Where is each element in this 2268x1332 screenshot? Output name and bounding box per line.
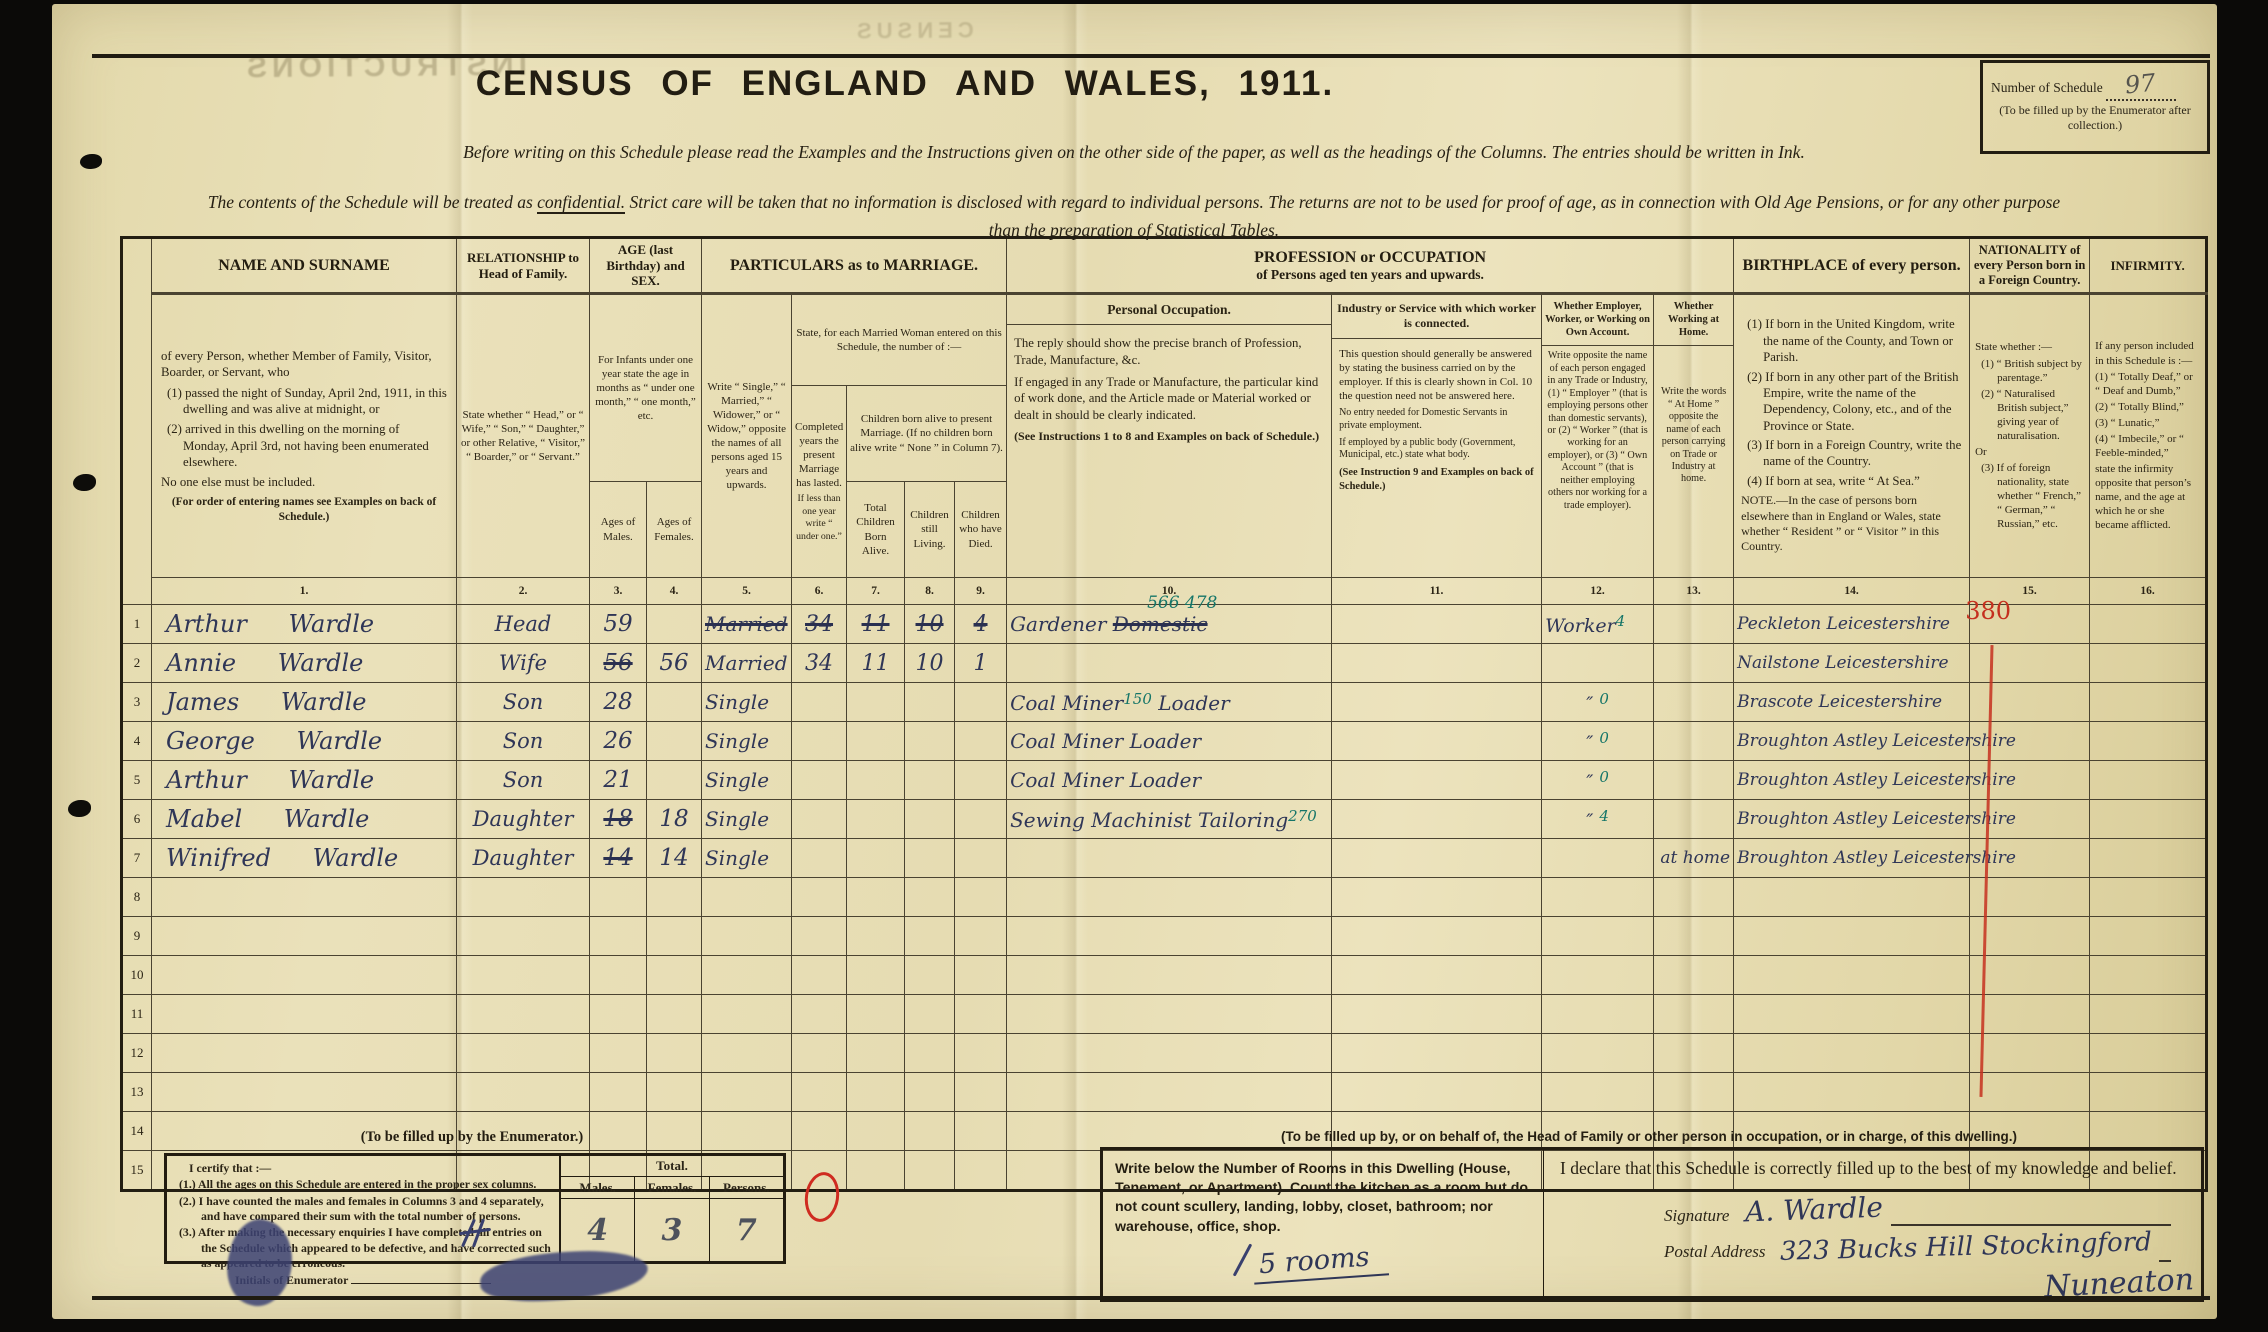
- ages-males-head: Ages of Males.: [590, 482, 647, 578]
- still-living-head: Children still Living.: [905, 482, 955, 578]
- occupation-entry: Gardener Domestic 566 478: [1007, 605, 1332, 644]
- age-male-entry: 26: [590, 722, 647, 761]
- relationship-entry: Daughter: [457, 839, 590, 878]
- age-female-entry: 56: [647, 644, 702, 683]
- employer-entry: ″ 0: [1542, 683, 1654, 722]
- females-total-value: 3: [634, 1199, 708, 1261]
- occ-p1: The reply should show the precise branch…: [1014, 335, 1324, 368]
- employer-code-annotation: 0: [1599, 729, 1609, 747]
- birthplace-code-annotation: 380: [1965, 597, 2011, 625]
- declaration-text: I declare that this Schedule is correctl…: [1544, 1150, 2201, 1179]
- name-desc-4: (For order of entering names see Example…: [161, 495, 447, 524]
- employer-code-annotation: 0: [1599, 768, 1609, 786]
- birthplace-entry: Nailstone Leicestershire: [1734, 644, 1970, 683]
- marital-status-entry: Single: [702, 839, 792, 878]
- employer-code-annotation: 4: [1599, 807, 1609, 825]
- colnum-5: 5.: [702, 578, 792, 605]
- birthplace-entry: Broughton Astley Leicestershire: [1734, 761, 1970, 800]
- children-born-entry: 11: [862, 612, 890, 637]
- completed-years-note: If less than one year write “ under one.…: [795, 493, 843, 543]
- years-married-entry: 34: [805, 612, 833, 637]
- col-head-age: AGE (last Birthday) and SEX.: [590, 238, 702, 294]
- row-number: 2: [122, 644, 152, 683]
- row-number: 3: [122, 683, 152, 722]
- inf-p3: (2) “ Totally Blind,”: [2095, 400, 2200, 414]
- occupation-entry: Coal Miner Loader: [1007, 722, 1332, 761]
- have-died-head: Children who have Died.: [955, 482, 1007, 578]
- postal-address-value: 323 Bucks Hill Stockingford: [1779, 1227, 2152, 1267]
- row-number: 4: [122, 722, 152, 761]
- empty-row: 12: [122, 1034, 2207, 1073]
- row-number: 14: [122, 1112, 152, 1151]
- enumerator-certification: I certify that :— (1.) All the ages on t…: [167, 1156, 559, 1261]
- name-column-description: of every Person, whether Member of Famil…: [152, 294, 457, 578]
- row-number: 15: [122, 1151, 152, 1191]
- total-born-head: Total Children Born Alive.: [847, 482, 905, 578]
- ind-p3: If employed by a public body (Government…: [1339, 437, 1534, 463]
- birthplace-entry: Broughton Astley Leicestershire: [1734, 800, 1970, 839]
- relationship-entry: Son: [457, 761, 590, 800]
- colnum-3: 3.: [590, 578, 647, 605]
- children-died-entry: 1: [955, 644, 1007, 683]
- top-rule: [92, 54, 2210, 58]
- declaration-section: I declare that this Schedule is correctl…: [1544, 1150, 2201, 1299]
- confidential-underlined: confidential.: [537, 192, 625, 214]
- employer-code-annotation: 0: [1599, 690, 1609, 708]
- signature-value: A. Wardle: [1745, 1191, 1884, 1229]
- colnum-14: 14.: [1734, 578, 1970, 605]
- empty-row: 8: [122, 878, 2207, 917]
- col-head-name: NAME AND SURNAME: [152, 238, 457, 294]
- profession-title: PROFESSION or OCCUPATION: [1010, 248, 1730, 267]
- completed-years-text: Completed years the present Marriage has…: [795, 420, 843, 490]
- confidential-text-a: The contents of the Schedule will be tre…: [208, 192, 537, 212]
- name-entry: Mabel Wardle: [152, 800, 457, 839]
- marital-status-entry: Single: [702, 800, 792, 839]
- age-male-entry: 21: [590, 761, 647, 800]
- colnum-7: 7.: [847, 578, 905, 605]
- certify-intro: I certify that :—: [175, 1161, 551, 1176]
- row-number: 9: [122, 917, 152, 956]
- occ-p3: (See Instructions 1 to 8 and Examples on…: [1014, 429, 1324, 444]
- marital-status-entry: Single: [702, 722, 792, 761]
- females-label: Females.: [634, 1177, 708, 1199]
- age-male-struck: 56: [603, 650, 632, 676]
- children-born-head: Children born alive to present Marriage.…: [847, 386, 1007, 482]
- males-label: Males.: [561, 1177, 634, 1199]
- name-desc-1: (1) passed the night of Sunday, April 2n…: [161, 385, 447, 418]
- col-head-nationality: NATIONALITY of every Person born in a Fo…: [1970, 238, 2090, 294]
- age-female-entry: 14: [647, 839, 702, 878]
- signature-label: Signature: [1664, 1206, 1729, 1226]
- persons-total-value: 7: [709, 1199, 783, 1261]
- row-number-column-head: [122, 238, 152, 605]
- birthplace-entry: Broughton Astley Leicestershire: [1734, 839, 1970, 878]
- nat-p1: State whether :—: [1975, 340, 2084, 354]
- occupation-code-annotation: 566 478: [1147, 593, 1217, 613]
- bp-note: NOTE.—In the case of persons born elsewh…: [1741, 493, 1962, 554]
- marital-status-entry: Married: [702, 644, 792, 683]
- bottom-rule: [92, 1296, 2210, 1300]
- age-description: For Infants under one year state the age…: [590, 294, 702, 482]
- empty-row: 9: [122, 917, 2207, 956]
- name-entry: James Wardle: [152, 683, 457, 722]
- name-entry: Arthur Wardle: [152, 761, 457, 800]
- empty-row: 13: [122, 1073, 2207, 1112]
- person-row-5: 5 Arthur Wardle Son 21 Single Coal Miner…: [122, 761, 2207, 800]
- bp-p1: (1) If born in the United Kingdom, write…: [1741, 316, 1962, 365]
- dwelling-box: Write below the Number of Rooms in this …: [1100, 1147, 2204, 1302]
- rooms-section: Write below the Number of Rooms in this …: [1103, 1150, 1544, 1299]
- employer-code-annotation: 4: [1616, 612, 1626, 630]
- ind-p2: No entry needed for Domestic Servants in…: [1339, 407, 1534, 433]
- colnum-13: 13.: [1654, 578, 1734, 605]
- at-home-entry: at home: [1654, 839, 1734, 878]
- occupation-entry: Sewing Machinist Tailoring270: [1007, 800, 1332, 839]
- employer-entry: ″ 0: [1542, 722, 1654, 761]
- birthplace-description: (1) If born in the United Kingdom, write…: [1734, 294, 1970, 578]
- row-number: 13: [122, 1073, 152, 1112]
- personal-occupation-head: Personal Occupation.: [1007, 295, 1331, 325]
- census-schedule-paper: INSTRUCTIONS CENSUS CENSUS OF ENGLAND AN…: [52, 4, 2217, 1319]
- relationship-description: State whether “ Head,” or “ Wife,” “ Son…: [457, 294, 590, 578]
- colnum-4: 4.: [647, 578, 702, 605]
- occupation-code-annotation: 150: [1123, 690, 1152, 708]
- nationality-description: State whether :— (1) “ British subject b…: [1970, 294, 2090, 578]
- inf-p2: (1) “ Totally Deaf,” or “ Deaf and Dumb,…: [2095, 370, 2200, 398]
- row-number: 8: [122, 878, 152, 917]
- punch-hole: [68, 800, 91, 817]
- person-row-7: 7 Winifred Wardle Daughter 14 14 Single …: [122, 839, 2207, 878]
- person-row-4: 4 George Wardle Son 26 Single Coal Miner…: [122, 722, 2207, 761]
- birthplace-entry: Brascote Leicestershire: [1734, 683, 1970, 722]
- col-head-relationship: RELATIONSHIP to Head of Family.: [457, 238, 590, 294]
- employer-entry: Worker4: [1542, 605, 1654, 644]
- age-female-entry: 18: [647, 800, 702, 839]
- rooms-instruction: Write below the Number of Rooms in this …: [1103, 1150, 1543, 1247]
- at-home-cell: Whether Working at Home. Write the words…: [1654, 294, 1734, 578]
- marital-status-entry: Single: [702, 683, 792, 722]
- nat-p4: Or: [1975, 445, 2084, 459]
- schedule-number-label: Number of Schedule: [1991, 80, 2103, 95]
- colnum-12: 12.: [1542, 578, 1654, 605]
- profession-subtitle: of Persons aged ten years and upwards.: [1010, 267, 1730, 283]
- children-died-entry: 4: [974, 612, 988, 637]
- completed-years-head: Completed years the present Marriage has…: [792, 386, 847, 578]
- row-number: 10: [122, 956, 152, 995]
- ind-p4: (See Instruction 9 and Examples on back …: [1339, 466, 1534, 493]
- bp-p4: (4) If born at sea, write “ At Sea.”: [1741, 473, 1962, 489]
- employer-cell: Whether Employer, Worker, or Working on …: [1542, 294, 1654, 578]
- colnum-9: 9.: [955, 578, 1007, 605]
- col-head-infirmity: INFIRMITY.: [2090, 238, 2207, 294]
- relationship-entry: Son: [457, 683, 590, 722]
- row-number: 11: [122, 995, 152, 1034]
- children-living-entry: 10: [916, 612, 944, 637]
- ghost-text: CENSUS: [852, 17, 974, 44]
- empty-row: 10: [122, 956, 2207, 995]
- employer-entry: ″ 4: [1542, 800, 1654, 839]
- nat-p3: (2) “ Naturalised British subject,” givi…: [1975, 387, 2084, 443]
- colnum-16: 16.: [2090, 578, 2207, 605]
- occupation-entry: Coal Miner150 Loader: [1007, 683, 1332, 722]
- page-title: CENSUS OF ENGLAND AND WALES, 1911.: [405, 64, 1405, 104]
- name-desc-2: (2) arrived in this dwelling on the morn…: [161, 421, 447, 470]
- nat-p2: (1) “ British subject by parentage.”: [1975, 357, 2084, 385]
- colnum-6: 6.: [792, 578, 847, 605]
- row-number: 12: [122, 1034, 152, 1073]
- ind-p1: This question should generally be answer…: [1339, 347, 1534, 403]
- personal-occupation-cell: Personal Occupation. The reply should sh…: [1007, 294, 1332, 578]
- industry-cell: Industry or Service with which worker is…: [1332, 294, 1542, 578]
- col-head-birthplace: BIRTHPLACE of every person.: [1734, 238, 1970, 294]
- schedule-number-note: (To be filled up by the Enumerator after…: [1991, 103, 2199, 133]
- age-male-entry: 59: [590, 605, 647, 644]
- schedule-number-box: Number of Schedule 97 (To be filled up b…: [1980, 60, 2210, 154]
- punch-hole: [73, 474, 96, 491]
- marital-status-entry: Married: [705, 612, 788, 636]
- col-head-marriage: PARTICULARS as to MARRIAGE.: [702, 238, 1007, 294]
- age-male-struck: 18: [603, 806, 632, 832]
- empty-row: 11: [122, 995, 2207, 1034]
- head-of-family-caption: (To be filled up by, or on behalf of, th…: [1100, 1129, 2198, 1144]
- occ-p2: If engaged in any Trade or Manufacture, …: [1014, 374, 1324, 423]
- at-home-head: Whether Working at Home.: [1654, 295, 1733, 346]
- name-entry: George Wardle: [152, 722, 457, 761]
- employer-description: Write opposite the name of each person e…: [1542, 346, 1653, 516]
- census-table: NAME AND SURNAME RELATIONSHIP to Head of…: [120, 236, 2208, 1192]
- occupation-code-annotation: 270: [1288, 807, 1317, 825]
- inf-p6: state the infirmity opposite that person…: [2095, 462, 2200, 532]
- postal-address-label: Postal Address: [1664, 1242, 1766, 1262]
- marriage-write-description: Write “ Single,” “ Married,” “ Widower,”…: [702, 294, 792, 578]
- row-number: 5: [122, 761, 152, 800]
- rooms-cross-mark: [1233, 1243, 1253, 1276]
- certify-1: (1.) All the ages on this Schedule are e…: [175, 1177, 551, 1192]
- inf-p4: (3) “ Lunatic,”: [2095, 416, 2200, 430]
- relationship-entry: Wife: [457, 644, 590, 683]
- persons-label: Persons.: [709, 1177, 783, 1199]
- certify-2: (2.) I have counted the males and female…: [175, 1194, 551, 1225]
- birthplace-entry: Broughton Astley Leicestershire: [1734, 722, 1970, 761]
- confidential-text-c: Strict care will be taken that no inform…: [625, 192, 2060, 212]
- colnum-8: 8.: [905, 578, 955, 605]
- occupation-struck: Domestic: [1113, 612, 1208, 636]
- colnum-2: 2.: [457, 578, 590, 605]
- intro-line: Before writing on this Schedule please r…: [60, 142, 2208, 163]
- name-desc-intro: of every Person, whether Member of Famil…: [161, 348, 447, 381]
- inf-p5: (4) “ Imbecile,” or “ Feeble-minded,”: [2095, 432, 2200, 460]
- employer-head: Whether Employer, Worker, or Working on …: [1542, 295, 1653, 346]
- row-number: 1: [122, 605, 152, 644]
- age-male-entry: 28: [590, 683, 647, 722]
- enumerator-caption: (To be filled up by the Enumerator.): [164, 1129, 780, 1146]
- relationship-entry: Head: [457, 605, 590, 644]
- nat-p5: (3) If of foreign nationality, state whe…: [1975, 461, 2084, 531]
- bp-p3: (3) If born in a Foreign Country, write …: [1741, 437, 1962, 470]
- schedule-number-value: 97: [2124, 67, 2158, 100]
- birthplace-entry: Peckleton Leicestershire 380: [1734, 605, 1970, 644]
- name-desc-3: No one else must be included.: [161, 474, 447, 490]
- years-married-entry: 34: [792, 644, 847, 683]
- employer-entry: ″ 0: [1542, 761, 1654, 800]
- industry-head: Industry or Service with which worker is…: [1332, 295, 1541, 339]
- name-entry: Annie Wardle: [152, 644, 457, 683]
- marital-status-entry: Single: [702, 761, 792, 800]
- relationship-entry: Daughter: [457, 800, 590, 839]
- children-born-entry: 11: [847, 644, 905, 683]
- inf-p1: If any person included in this Schedule …: [2095, 339, 2200, 367]
- person-row-3: 3 James Wardle Son 28 Single Coal Miner1…: [122, 683, 2207, 722]
- name-entry: Winifred Wardle: [152, 839, 457, 878]
- person-row-2: 2 Annie Wardle Wife 56 56 Married 34 11 …: [122, 644, 2207, 683]
- colnum-1: 1.: [152, 578, 457, 605]
- colnum-11: 11.: [1332, 578, 1542, 605]
- person-row-1: 1 Arthur Wardle Head 59 Married 34 11 10…: [122, 605, 2207, 644]
- totals-table: Total. Males. Females. Persons. 4 3 7: [559, 1156, 783, 1261]
- children-living-entry: 10: [905, 644, 955, 683]
- age-male-struck: 14: [603, 845, 632, 871]
- relationship-entry: Son: [457, 722, 590, 761]
- bp-p2: (2) If born in any other part of the Bri…: [1741, 369, 1962, 435]
- occupation-entry: Coal Miner Loader: [1007, 761, 1332, 800]
- name-entry: Arthur Wardle: [152, 605, 457, 644]
- married-woman-description: State, for each Married Woman entered on…: [792, 294, 1007, 386]
- at-home-description: Write the words “ At Home ” opposite the…: [1654, 346, 1733, 490]
- ages-females-head: Ages of Females.: [647, 482, 702, 578]
- infirmity-description: If any person included in this Schedule …: [2090, 294, 2207, 578]
- row-number: 6: [122, 800, 152, 839]
- total-label: Total.: [561, 1156, 783, 1177]
- row-number: 7: [122, 839, 152, 878]
- rooms-value: 5 rooms: [1252, 1240, 1389, 1284]
- person-row-6: 6 Mabel Wardle Daughter 18 18 Single Sew…: [122, 800, 2207, 839]
- col-head-profession: PROFESSION or OCCUPATION of Persons aged…: [1007, 238, 1734, 294]
